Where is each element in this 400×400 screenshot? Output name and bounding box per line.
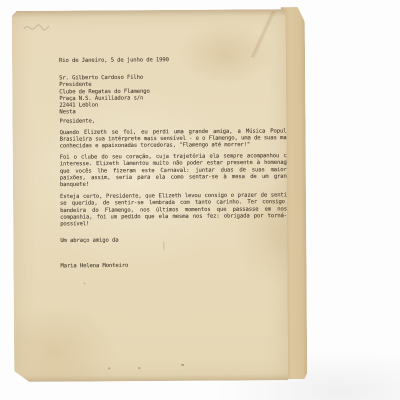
letter-paragraph-1: Quando Elizeth se foi, eu perdi uma gran… [60,127,293,149]
letter-sheet-group: Rio de Janeiro, 5 de junho de 1990 Sr. G… [12,9,308,383]
paper-speck [84,283,86,285]
pencil-mark [23,17,53,26]
letter-paragraph-3: Esteja certo, Presidente, que Elizeth le… [60,191,294,227]
fold-crease [246,11,280,57]
letter-paragraph-2: Foi o clube do seu coração, cuja trajetó… [60,152,294,188]
paper-speck [108,367,110,369]
paper-speck [181,364,184,366]
closing-line: Um abraço amigo da [60,235,293,243]
date-line: Rio de Janeiro, 5 de junho de 1990 [59,55,292,63]
scanner-background: Rio de Janeiro, 5 de junho de 1990 Sr. G… [0,0,400,400]
letter-body: Rio de Janeiro, 5 de junho de 1990 Sr. G… [59,55,294,269]
signature-name: Maria Helena Monteiro [60,261,293,269]
letter-page: Rio de Janeiro, 5 de junho de 1990 Sr. G… [12,9,289,382]
paper-speck [138,367,140,369]
pencil-squiggle-icon [23,23,53,32]
recipient-address: Sr. Gilberto Cardoso Filho Presidente Cl… [59,73,293,115]
salutation: Presidente, [59,116,292,124]
recipient-line: Nesta [59,107,292,115]
